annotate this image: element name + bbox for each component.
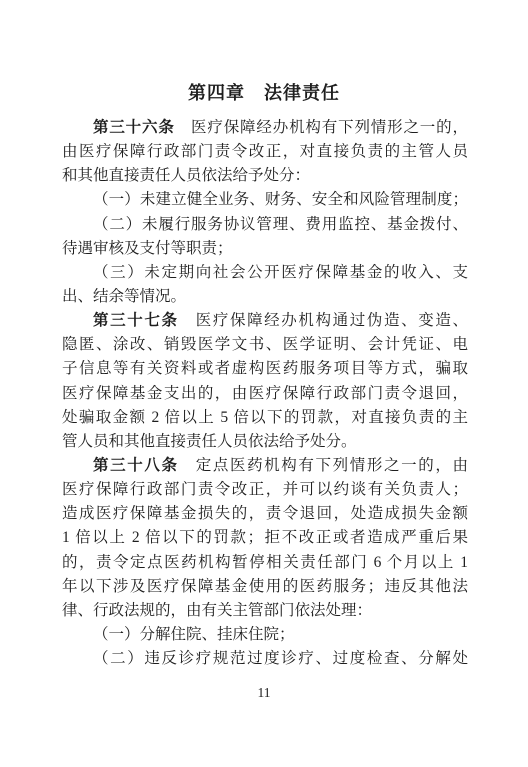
text-segment: 年以下涉及医疗保障基金使用的医药服务；违反其他法 [62, 578, 468, 595]
text-segment: 造成医疗保障基金损失的，责令退回，处造成损失金额 [62, 505, 468, 522]
document-body: 第三十六条 医疗保障经办机构有下列情形之一的，由医疗保障行政部门责令改正，对直接… [62, 116, 468, 671]
text-line: 管人员和其他直接责任人员依法给予处分。 [62, 430, 468, 454]
text-line: （一）未建立健全业务、财务、安全和风险管理制度； [62, 188, 468, 212]
text-segment: （二）未履行服务协议管理、费用监控、基金拨付、 [93, 216, 468, 233]
text-line: 律、行政法规的，由有关主管部门依法处理： [62, 599, 468, 623]
text-segment: 待遇审核及支付等职责； [62, 240, 233, 257]
text-segment: 管人员和其他直接责任人员依法给予处分。 [62, 433, 357, 450]
text-segment: 医疗保障经办机构有下列情形之一的， [175, 119, 468, 136]
text-line: 隐匿、涂改、销毁医学文书、医学证明、会计凭证、电 [62, 333, 468, 357]
text-line: 医疗保障基金支出的，由医疗保障行政部门责令退回， [62, 382, 468, 406]
text-line: （三）未定期向社会公开医疗保障基金的收入、支 [62, 261, 468, 285]
text-segment: 定点医药机构有下列情形之一的，由 [179, 457, 468, 474]
text-line: 和其他直接责任人员依法给予处分： [62, 164, 468, 188]
text-line: （一）分解住院、挂床住院； [62, 623, 468, 647]
text-segment: 处骗取金额 2 倍以上 5 倍以下的罚款，对直接负责的主 [62, 409, 468, 426]
page-number: 11 [0, 685, 528, 701]
text-line: 处骗取金额 2 倍以上 5 倍以下的罚款，对直接负责的主 [62, 406, 468, 430]
text-line: 医疗保障行政部门责令改正，并可以约谈有关负责人； [62, 478, 468, 502]
text-line: 出、结余等情况。 [62, 285, 468, 309]
article-number: 第三十八条 [93, 457, 179, 474]
text-line: 第三十七条 医疗保障经办机构通过伪造、变造、 [62, 309, 468, 333]
text-segment: 子信息等有关资料或者虚构医药服务项目等方式，骗取 [62, 360, 468, 377]
text-line: 第三十六条 医疗保障经办机构有下列情形之一的， [62, 116, 468, 140]
text-segment: 出、结余等情况。 [62, 288, 186, 305]
text-line: （二）未履行服务协议管理、费用监控、基金拨付、 [62, 213, 468, 237]
document-page: 第四章 法律责任 第三十六条 医疗保障经办机构有下列情形之一的，由医疗保障行政部… [0, 0, 528, 767]
article-number: 第三十六条 [93, 119, 175, 136]
chapter-title: 第四章 法律责任 [0, 82, 528, 104]
text-segment: （三）未定期向社会公开医疗保障基金的收入、支 [93, 264, 468, 281]
text-line: 的，责令定点医药机构暂停相关责任部门 6 个月以上 1 [62, 551, 468, 575]
article-number: 第三十七条 [93, 312, 179, 329]
text-segment: 医疗保障经办机构通过伪造、变造、 [179, 312, 468, 329]
text-segment: 的，责令定点医药机构暂停相关责任部门 6 个月以上 1 [62, 554, 468, 571]
text-line: 造成医疗保障基金损失的，责令退回，处造成损失金额 [62, 502, 468, 526]
text-segment: 和其他直接责任人员依法给予处分： [62, 167, 310, 184]
text-line: 年以下涉及医疗保障基金使用的医药服务；违反其他法 [62, 575, 468, 599]
text-line: 子信息等有关资料或者虚构医药服务项目等方式，骗取 [62, 357, 468, 381]
text-line: （二）违反诊疗规范过度诊疗、过度检查、分解处 [62, 647, 468, 671]
text-segment: 隐匿、涂改、销毁医学文书、医学证明、会计凭证、电 [62, 336, 468, 353]
text-line: 第三十八条 定点医药机构有下列情形之一的，由 [62, 454, 468, 478]
text-line: 1 倍以上 2 倍以下的罚款；拒不改正或者造成严重后果 [62, 526, 468, 550]
text-segment: 医疗保障基金支出的，由医疗保障行政部门责令退回， [62, 385, 468, 402]
text-segment: 医疗保障行政部门责令改正，并可以约谈有关负责人； [62, 481, 468, 498]
text-segment: （二）违反诊疗规范过度诊疗、过度检查、分解处 [93, 650, 468, 667]
text-segment: 律、行政法规的，由有关主管部门依法处理： [62, 602, 372, 619]
text-line: 由医疗保障行政部门责令改正，对直接负责的主管人员 [62, 140, 468, 164]
text-segment: （一）未建立健全业务、财务、安全和风险管理制度； [93, 191, 468, 208]
text-segment: 1 倍以上 2 倍以下的罚款；拒不改正或者造成严重后果 [62, 529, 468, 546]
text-segment: （一）分解住院、挂床住院； [93, 626, 295, 643]
text-line: 待遇审核及支付等职责； [62, 237, 468, 261]
text-segment: 由医疗保障行政部门责令改正，对直接负责的主管人员 [62, 143, 468, 160]
